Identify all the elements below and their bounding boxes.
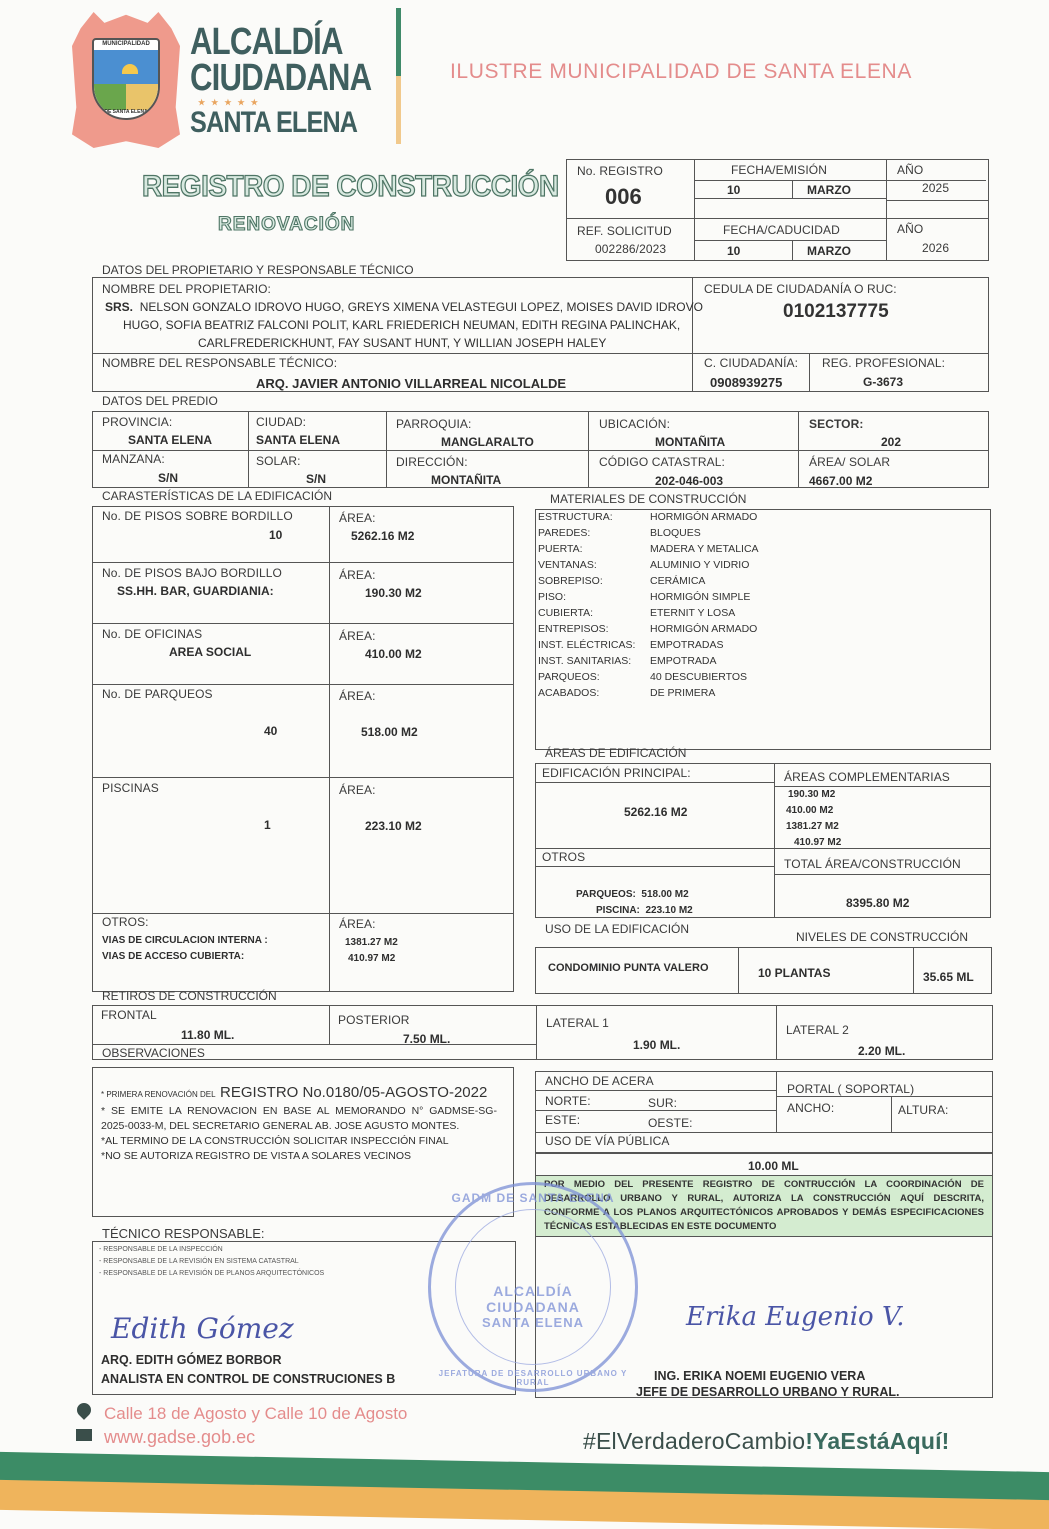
observacion-1: * PRIMERA RENOVACIÓN DEL REGISTRO No.018… [101,1084,487,1102]
reg-profesional-label: REG. PROFESIONAL: [822,356,945,370]
frontal-value: 11.80 ML. [181,1028,234,1042]
crest-top-text: MUNICIPALIDAD [94,41,158,47]
via-publica-value: 10.00 ML [748,1159,799,1173]
material-value: HORMIGÓN ARMADO [650,511,757,523]
materiales-list: ESTRUCTURA:HORMIGÓN ARMADOPAREDES:BLOQUE… [538,511,838,703]
brand-line-1: ALCALDÍA [190,24,371,60]
uso-value: CONDOMINIO PUNTA VALERO [548,962,709,974]
total-value: 8395.80 M2 [846,896,909,910]
material-label: ESTRUCTURA: [538,511,613,523]
ref-solicitud-label: REF. SOLICITUD [577,224,672,238]
material-item: SOBREPISO:CERÁMICA [538,575,838,591]
material-value: HORMIGÓN SIMPLE [650,591,750,603]
areas-table: EDIFICACIÓN PRINCIPAL: 5262.16 M2 ÁREAS … [535,763,991,918]
direccion-value: MONTAÑITA [431,473,501,487]
ancho-acera-label: ANCHO DE ACERA [545,1074,654,1088]
observacion-3: 2025-0033-M, DEL SECRETARIO GENERAL AB. … [101,1120,459,1132]
material-value: MADERA Y METALICA [650,543,759,555]
posterior-value: 7.50 ML. [403,1032,450,1046]
material-label: PARQUEOS: [538,671,600,683]
oeste-label: OESTE: [648,1116,693,1130]
area-solar-label: ÁREA/ SOLAR [809,455,890,469]
otros-item-2: VIAS DE ACCESO CUBIERTA: [102,951,244,962]
material-item: PISO:HORMIGÓN SIMPLE [538,591,838,607]
lateral1-label: LATERAL 1 [546,1016,609,1030]
tecnico-signature: Edith Gómez [111,1312,294,1345]
document-title: REGISTRO DE CONSTRUCCIÓN [142,170,559,204]
retiros-table: FRONTAL 11.80 ML. POSTERIOR 7.50 ML. LAT… [92,1005,993,1060]
document-subtitle: RENOVACIÓN [218,214,355,236]
pisos-sobre-label: No. DE PISOS SOBRE BORDILLO [102,509,293,523]
complementaria-1: 190.30 M2 [788,789,835,800]
location-pin-icon [74,1400,94,1420]
material-label: INST. ELÉCTRICAS: [538,639,635,651]
observacion-5: *NO SE AUTORIZA REGISTRO DE VISTA A SOLA… [101,1150,411,1162]
norte-label: NORTE: [545,1094,591,1108]
caducidad-mes: MARZO [807,244,851,258]
area-label: ÁREA: [339,917,376,931]
envelope-icon [76,1429,92,1441]
material-item: INST. ELÉCTRICAS:EMPOTRADAS [538,639,838,655]
material-label: PISO: [538,591,566,603]
material-label: ENTREPISOS: [538,623,609,635]
area-label: ÁREA: [339,511,376,525]
footer-address: Calle 18 de Agosto y Calle 10 de Agosto [104,1404,407,1424]
caracteristicas-table: No. DE PISOS SOBRE BORDILLO 10 ÁREA: 526… [92,506,514,992]
ref-solicitud-value: 002286/2023 [595,242,666,256]
stamp-bottom-text: JEFATURA DE DESARROLLO URBANO Y RURAL [431,1369,635,1387]
jefe-signature: Erika Eugenio V. [686,1302,904,1332]
material-value: HORMIGÓN ARMADO [650,623,757,635]
anio2-label: AÑO [897,222,923,236]
niveles-heading: NIVELES DE CONSTRUCCIÓN [796,930,968,944]
material-value: EMPOTRADA [650,655,717,667]
footer-website[interactable]: www.gadse.gob.ec [104,1427,255,1448]
uso-heading: USO DE LA EDIFICACIÓN [545,922,689,936]
material-label: ACABADOS: [538,687,599,699]
parroquia-value: MANGLARALTO [441,435,534,449]
via-publica-label: USO DE VÍA PÚBLICA [545,1134,670,1148]
observacion-2: * SE EMITE LA RENOVACION EN BASE AL MEMO… [101,1105,497,1117]
material-value: CERÁMICA [650,575,705,587]
principal-value: 5262.16 M2 [624,805,687,819]
sector-label: SECTOR: [809,417,863,431]
ciudad-value: SANTA ELENA [256,433,340,447]
brand-wordmark: ALCALDÍA CIUDADANA ★★★★★ SANTA ELENA [190,24,411,137]
material-label: PAREDES: [538,527,590,539]
header-divider-green [396,8,401,76]
observaciones-heading: OBSERVACIONES [102,1046,205,1060]
acera-table: ANCHO DE ACERA NORTE: SUR: ESTE: OESTE: … [535,1071,993,1153]
material-label: INST. SANITARIAS: [538,655,631,667]
material-label: PUERTA: [538,543,583,555]
jefe-name: ING. ERIKA NOEMI EUGENIO VERA [654,1369,865,1383]
brand-line-3: SANTA ELENA [190,109,376,138]
otros-item-1: VIAS DE CIRCULACION INTERNA : [102,935,268,946]
material-label: SOBREPISO: [538,575,603,587]
solar-value: S/N [306,472,326,486]
portal-label: PORTAL ( SOPORTAL) [787,1082,914,1096]
material-item: VENTANAS:ALUMINIO Y VIDRIO [538,559,838,575]
propietario-label: NOMBRE DEL PROPIETARIO: [102,282,271,296]
codigo-catastral-label: CÓDIGO CATASTRAL: [599,455,725,469]
lateral2-label: LATERAL 2 [786,1023,849,1037]
lateral1-value: 1.90 ML. [633,1038,680,1052]
oficinas-label: No. DE OFICINAS [102,627,202,641]
otros-areas-label: OTROS [542,850,585,864]
no-registro-value: 006 [605,184,642,210]
material-item: ACABADOS:DE PRIMERA [538,687,838,703]
predio-heading: DATOS DEL PREDIO [102,394,218,408]
hashtag-bold: !YaEstáAquí! [805,1428,949,1454]
caracteristicas-heading: CARASTERÍSTICAS DE LA EDIFICACIÓN [102,489,332,503]
reg-profesional-value: G-3673 [863,375,903,389]
otros-area-2: 410.97 M2 [348,953,395,964]
material-item: INST. SANITARIAS:EMPOTRADA [538,655,838,671]
pisos-sobre-area: 5262.16 M2 [351,529,414,543]
material-item: PAREDES:BLOQUES [538,527,838,543]
portal-altura-label: ALTURA: [898,1103,949,1117]
fecha-caducidad-label: FECHA/CADUCIDAD [723,223,840,237]
hashtag-regular: #ElVerdaderoCambio [583,1428,805,1454]
parqueos-label: No. DE PARQUEOS [102,687,213,701]
pisos-bajo-value: SS.HH. BAR, GUARDIANIA: [117,584,274,598]
provincia-label: PROVINCIA: [102,415,172,429]
material-value: DE PRIMERA [650,687,715,699]
retiros-heading: RETIROS DE CONSTRUCCIÓN [102,989,277,1003]
area-label: ÁREA: [339,568,376,582]
total-label: TOTAL ÁREA/CONSTRUCCIÓN [784,857,961,871]
solar-label: SOLAR: [256,454,301,468]
tecnico-name: ARQ. EDITH GÓMEZ BORBOR [101,1353,282,1367]
oficinas-area: 410.00 M2 [365,647,422,661]
no-registro-label: No. REGISTRO [577,164,663,178]
complementarias-label: ÁREAS COMPLEMENTARIAS [784,770,950,784]
tecnico-duty-3: - RESPONSABLE DE LA REVISIÓN DE PLANOS A… [99,1270,324,1277]
stamp-center-3: SANTA ELENA [431,1315,635,1330]
material-label: VENTANAS: [538,559,597,571]
manzana-value: S/N [158,471,178,485]
jefe-role: JEFE DE DESARROLLO URBANO Y RURAL. [636,1385,899,1399]
frontal-label: FRONTAL [101,1008,157,1022]
otros-label: OTROS: [102,915,149,929]
ciudad-label: CIUDAD: [256,415,306,429]
owner-section-heading: DATOS DEL PROPIETARIO Y RESPONSABLE TÉCN… [102,263,414,277]
codigo-catastral-value: 202-046-003 [655,474,723,488]
propietario-prefix: SRS. [105,300,133,314]
material-value: EMPOTRADAS [650,639,724,651]
ubicacion-label: UBICACIÓN: [599,417,670,431]
posterior-label: POSTERIOR [338,1013,410,1027]
materiales-table: ESTRUCTURA:HORMIGÓN ARMADOPAREDES:BLOQUE… [535,509,991,750]
sur-label: SUR: [648,1096,677,1110]
fecha-emision-label: FECHA/EMISIÓN [731,163,827,177]
parqueos-area: 518.00 M2 [361,725,418,739]
material-value: ETERNIT Y LOSA [650,607,735,619]
materiales-heading: MATERIALES DE CONSTRUCCIÓN [550,492,746,506]
header-divider-orange [396,76,401,144]
complementaria-3: 1381.27 M2 [786,821,839,832]
material-item: ESTRUCTURA:HORMIGÓN ARMADO [538,511,838,527]
stamp-center-1: ALCALDÍA [431,1283,635,1299]
oficinas-value: AREA SOCIAL [169,645,251,659]
parroquia-label: PARROQUIA: [396,417,471,431]
provincia-value: SANTA ELENA [128,433,212,447]
caducidad-anio: 2026 [922,241,949,255]
ubicacion-value: MONTAÑITA [655,435,725,449]
responsable-label: NOMBRE DEL RESPONSABLE TÉCNICO: [102,356,337,370]
emision-mes: MARZO [807,183,851,197]
direccion-label: DIRECCIÓN: [396,455,468,469]
material-item: PUERTA:MADERA Y METALICA [538,543,838,559]
material-item: ENTREPISOS:HORMIGÓN ARMADO [538,623,838,639]
material-item: CUBIERTA:ETERNIT Y LOSA [538,607,838,623]
tecnico-duty-1: - RESPONSABLE DE LA INSPECCIÓN [99,1246,223,1253]
area-solar-value: 4667.00 M2 [809,474,872,488]
area-label: ÁREA: [339,689,376,703]
plantas-value: 10 PLANTAS [758,966,830,980]
cedula-ruc-label: CEDULA DE CIUDADANÍA O RUC: [704,282,897,296]
piscinas-label: PISCINAS [102,781,159,795]
piscinas-value: 1 [264,818,271,832]
institution-name: ILUSTRE MUNICIPALIDAD DE SANTA ELENA [450,60,912,84]
tecnico-duty-2: - RESPONSABLE DE LA REVISIÓN EN SISTEMA … [99,1258,299,1265]
emision-anio: 2025 [922,181,949,195]
predio-table: PROVINCIA: SANTA ELENA CIUDAD: SANTA ELE… [92,411,989,488]
material-value: 40 DESCUBIERTOS [650,671,747,683]
area-label: ÁREA: [339,783,376,797]
footer-hashtag: #ElVerdaderoCambio!YaEstáAquí! [583,1428,950,1455]
sector-value: 202 [881,435,901,449]
owner-table: NOMBRE DEL PROPIETARIO: SRS. NELSON GONZ… [92,277,989,392]
propietario-line-1: SRS. NELSON GONZALO IDROVO HUGO, GREYS X… [105,300,703,314]
tecnico-heading: TÉCNICO RESPONSABLE: [102,1226,265,1241]
caducidad-dia: 10 [727,244,740,258]
otros-area-1: 1381.27 M2 [345,937,398,948]
tecnico-role: ANALISTA EN CONTROL DE CONSTRUCIONES B [101,1372,395,1386]
responsable-value: ARQ. JAVIER ANTONIO VILLARREAL NICOLALDE [256,376,566,391]
otros-parqueos: PARQUEOS: 518.00 M2 [576,889,689,900]
material-item: PARQUEOS:40 DESCUBIERTOS [538,671,838,687]
propietario-names-1: NELSON GONZALO IDROVO HUGO, GREYS XIMENA… [140,300,703,314]
areas-heading: ÁREAS DE EDIFICACIÓN [545,746,686,760]
material-label: CUBIERTA: [538,607,593,619]
altura-value: 35.65 ML [923,970,974,984]
principal-label: EDIFICACIÓN PRINCIPAL: [542,766,691,780]
complementaria-2: 410.00 M2 [786,805,833,816]
observacion-4: *AL TERMINO DE LA CONSTRUCCIÓN SOLICITAR… [101,1135,449,1147]
registry-table: No. REGISTRO 006 FECHA/EMISIÓN 10 MARZO … [566,159,989,261]
pisos-bajo-area: 190.30 M2 [365,586,422,600]
material-value: ALUMINIO Y VIDRIO [650,559,749,571]
cedula-ruc-value: 0102137775 [783,301,889,323]
brand-line-2: CIUDADANA [190,60,371,96]
pisos-sobre-value: 10 [269,528,282,542]
municipal-crest-icon: MUNICIPALIDAD DE SANTA ELENA [92,38,160,120]
c-ciudadania-label: C. CIUDADANÍA: [704,356,798,370]
stamp-center-2: CIUDADANA [431,1299,635,1315]
complementaria-4: 410.97 M2 [794,837,841,848]
pisos-bajo-label: No. DE PISOS BAJO BORDILLO [102,566,282,580]
area-label: ÁREA: [339,629,376,643]
este-label: ESTE: [545,1113,580,1127]
otros-piscina: PISCINA: 223.10 M2 [596,905,693,916]
parqueos-value: 40 [264,724,277,738]
uso-table: CONDOMINIO PUNTA VALERO 10 PLANTAS 35.65… [535,947,992,994]
portal-ancho-label: ANCHO: [787,1101,834,1115]
c-ciudadania-value: 0908939275 [710,375,782,390]
anio-label: AÑO [897,163,923,177]
propietario-line-3: CARLFREDERICKHUNT, FAY SUSANT HUNT, Y WI… [198,336,606,350]
emision-dia: 10 [727,183,740,197]
lateral2-value: 2.20 ML. [858,1044,905,1058]
propietario-line-2: HUGO, SOFIA BEATRIZ FALCONI POLIT, KARL … [123,318,680,332]
material-value: BLOQUES [650,527,701,539]
crest-bottom-text: DE SANTA ELENA [94,109,158,115]
stamp-top-text: GADM DE SANTA ELENA [431,1191,635,1205]
piscinas-area: 223.10 M2 [365,819,422,833]
manzana-label: MANZANA: [102,452,165,466]
official-stamp: GADM DE SANTA ELENA ALCALDÍA CIUDADANA S… [428,1182,638,1392]
